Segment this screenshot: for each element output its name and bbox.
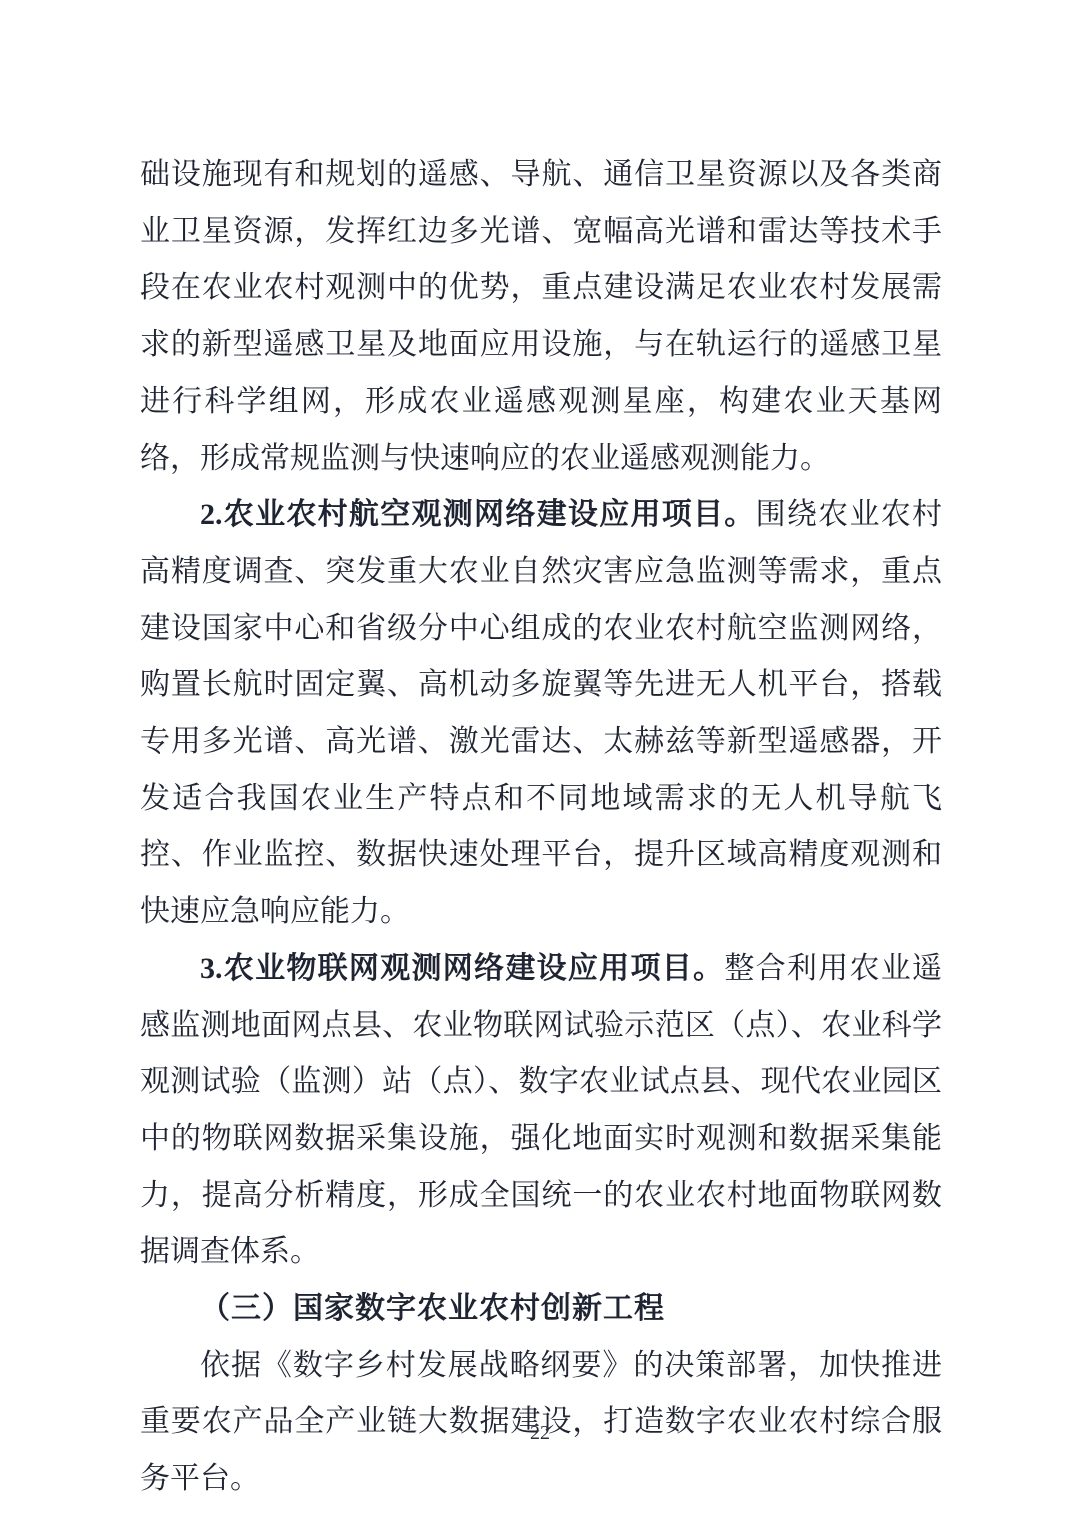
paragraph-text: 整合利用农业遥感监测地面网点县、农业物联网试验示范区（点）、农业科学观测试验（监… [140, 952, 942, 1269]
paragraph-lead: 3.农业物联网观测网络建设应用项目。 [200, 952, 724, 985]
subsection-heading-text: （三）国家数字农业农村创新工程 [200, 1292, 665, 1325]
text-block: 础设施现有和规划的遥感、导航、通信卫星资源以及各类商业卫星资源，发挥红边多光谱、… [140, 147, 942, 1508]
paragraph-text: 础设施现有和规划的遥感、导航、通信卫星资源以及各类商业卫星资源，发挥红边多光谱、… [140, 158, 942, 475]
paragraph-text: 围绕农业农村高精度调查、突发重大农业自然灾害应急监测等需求，重点建设国家中心和省… [140, 498, 942, 928]
subsection-heading: （三）国家数字农业农村创新工程 [140, 1281, 942, 1338]
paragraph-item-2: 2.农业农村航空观测网络建设应用项目。围绕农业农村高精度调查、突发重大农业自然灾… [140, 487, 942, 941]
document-page: 础设施现有和规划的遥感、导航、通信卫星资源以及各类商业卫星资源，发挥红边多光谱、… [0, 0, 1080, 1527]
paragraph-continuation: 础设施现有和规划的遥感、导航、通信卫星资源以及各类商业卫星资源，发挥红边多光谱、… [140, 147, 942, 487]
paragraph-lead: 2.农业农村航空观测网络建设应用项目。 [200, 498, 756, 531]
page-number: 22 [0, 1422, 1080, 1445]
paragraph-item-3: 3.农业物联网观测网络建设应用项目。整合利用农业遥感监测地面网点县、农业物联网试… [140, 941, 942, 1281]
